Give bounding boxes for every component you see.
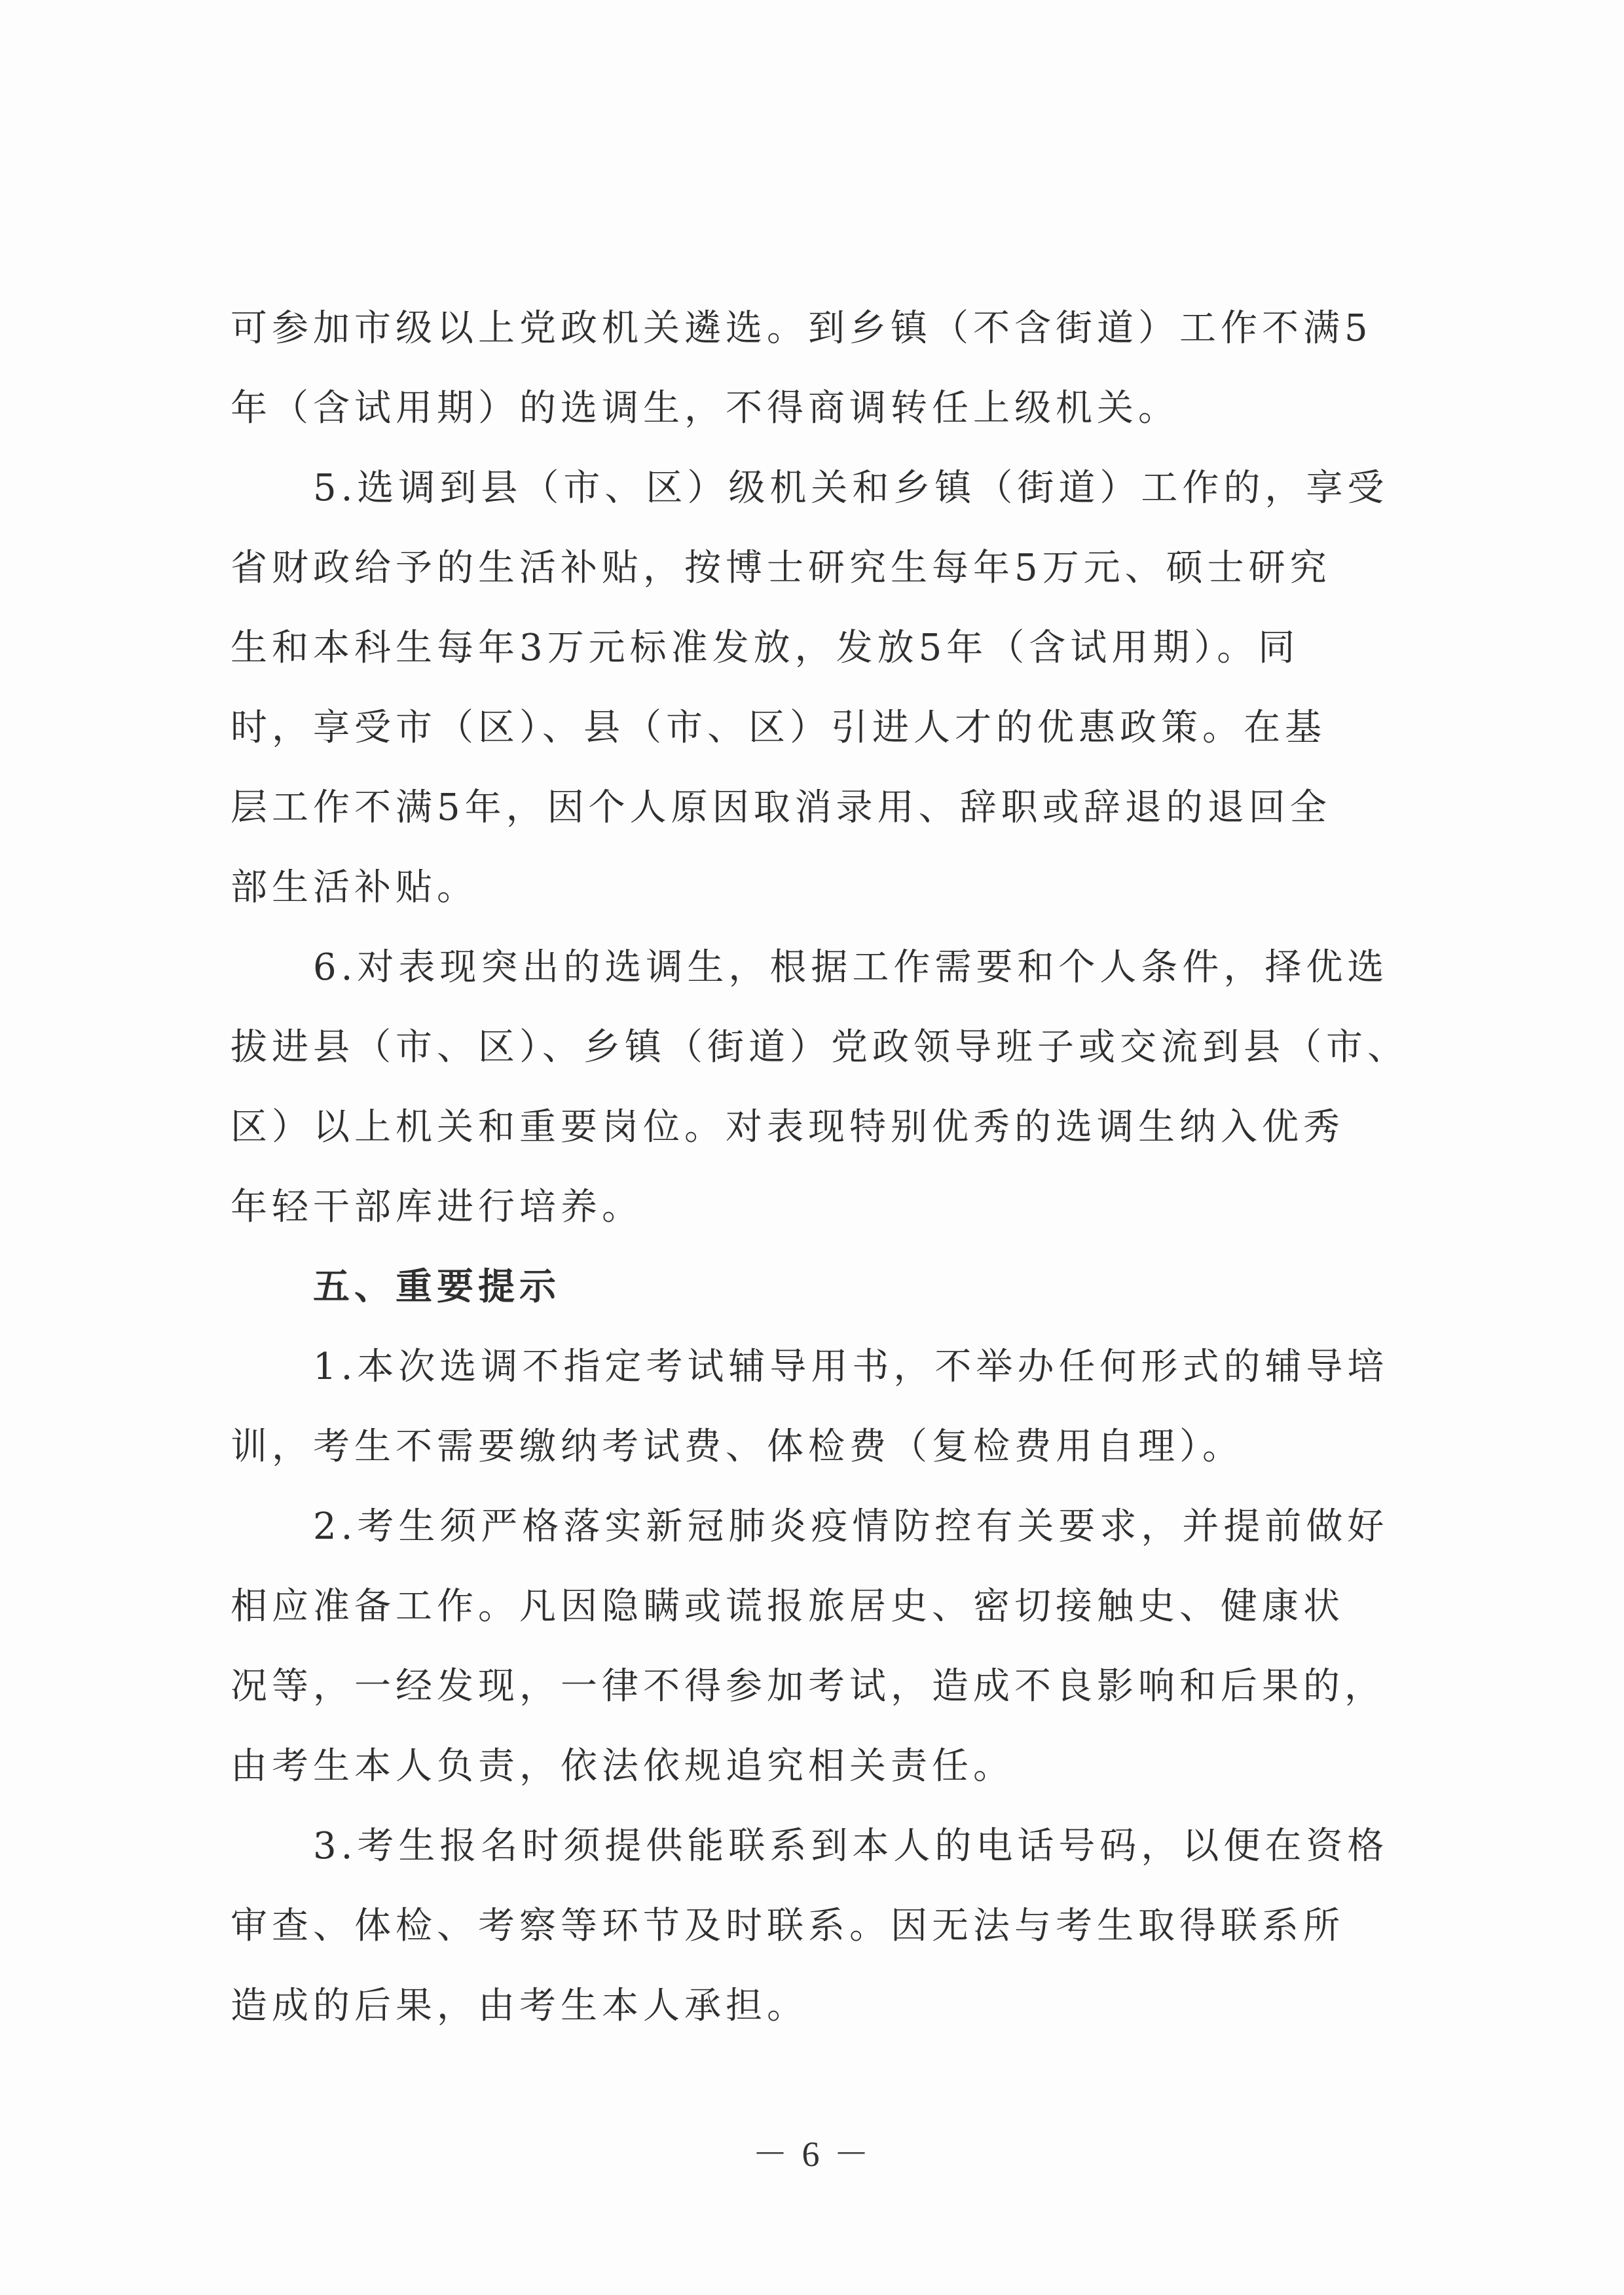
text-line: 区）以上机关和重要岗位。对表现特别优秀的选调生纳入优秀	[231, 1095, 1429, 1175]
paragraph-item-6: 6.对表现突出的选调生，根据工作需要和个人条件，择优选 拔进县（市、区）、乡镇（…	[231, 935, 1429, 1255]
page-body: 可参加市级以上党政机关遴选。到乡镇（不含街道）工作不满5 年（含试用期）的选调生…	[231, 296, 1429, 2053]
paragraph-tip-1: 1.本次选调不指定考试辅导用书，不举办任何形式的辅导培 训，考生不需要缴纳考试费…	[231, 1334, 1429, 1494]
page-number: － 6 －	[0, 2131, 1624, 2177]
paragraph-tip-2: 2.考生须严格落实新冠肺炎疫情防控有关要求，并提前做好 相应准备工作。凡因隐瞒或…	[231, 1494, 1429, 1814]
text-line: 层工作不满5年，因个人原因取消录用、辞职或辞退的退回全	[231, 775, 1429, 855]
text-line: 生和本科生每年3万元标准发放，发放5年（含试用期）。同	[231, 615, 1429, 695]
text-line: 拔进县（市、区）、乡镇（街道）党政领导班子或交流到县（市、	[231, 1015, 1429, 1095]
paragraph-item-5: 5.选调到县（市、区）级机关和乡镇（街道）工作的，享受 省财政给予的生活补贴，按…	[231, 456, 1429, 935]
text-line: 由考生本人负责，依法依规追究相关责任。	[231, 1734, 1429, 1814]
section-heading: 五、重要提示	[231, 1255, 1429, 1334]
text-line: 3.考生报名时须提供能联系到本人的电话号码，以便在资格	[231, 1814, 1429, 1894]
text-line: 2.考生须严格落实新冠肺炎疫情防控有关要求，并提前做好	[231, 1494, 1429, 1574]
paragraph-tip-3: 3.考生报名时须提供能联系到本人的电话号码，以便在资格 审查、体检、考察等环节及…	[231, 1814, 1429, 2053]
text-line: 审查、体检、考察等环节及时联系。因无法与考生取得联系所	[231, 1894, 1429, 1974]
text-line: 6.对表现突出的选调生，根据工作需要和个人条件，择优选	[231, 935, 1429, 1015]
text-line: 可参加市级以上党政机关遴选。到乡镇（不含街道）工作不满5	[231, 296, 1429, 376]
text-line: 造成的后果，由考生本人承担。	[231, 1974, 1429, 2053]
paragraph-continuation: 可参加市级以上党政机关遴选。到乡镇（不含街道）工作不满5 年（含试用期）的选调生…	[231, 296, 1429, 456]
text-line: 况等，一经发现，一律不得参加考试，造成不良影响和后果的，	[231, 1654, 1429, 1734]
text-line: 训，考生不需要缴纳考试费、体检费（复检费用自理）。	[231, 1414, 1429, 1494]
text-line: 1.本次选调不指定考试辅导用书，不举办任何形式的辅导培	[231, 1334, 1429, 1414]
text-line: 省财政给予的生活补贴，按博士研究生每年5万元、硕士研究	[231, 536, 1429, 615]
text-line: 时，享受市（区）、县（市、区）引进人才的优惠政策。在基	[231, 695, 1429, 775]
text-line: 年（含试用期）的选调生，不得商调转任上级机关。	[231, 376, 1429, 456]
text-line: 部生活补贴。	[231, 855, 1429, 935]
text-line: 年轻干部库进行培养。	[231, 1175, 1429, 1255]
text-line: 5.选调到县（市、区）级机关和乡镇（街道）工作的，享受	[231, 456, 1429, 536]
text-line: 相应准备工作。凡因隐瞒或谎报旅居史、密切接触史、健康状	[231, 1574, 1429, 1654]
section-title: 五、重要提示	[231, 1255, 1429, 1334]
document-page: 可参加市级以上党政机关遴选。到乡镇（不含街道）工作不满5 年（含试用期）的选调生…	[0, 0, 1624, 2295]
